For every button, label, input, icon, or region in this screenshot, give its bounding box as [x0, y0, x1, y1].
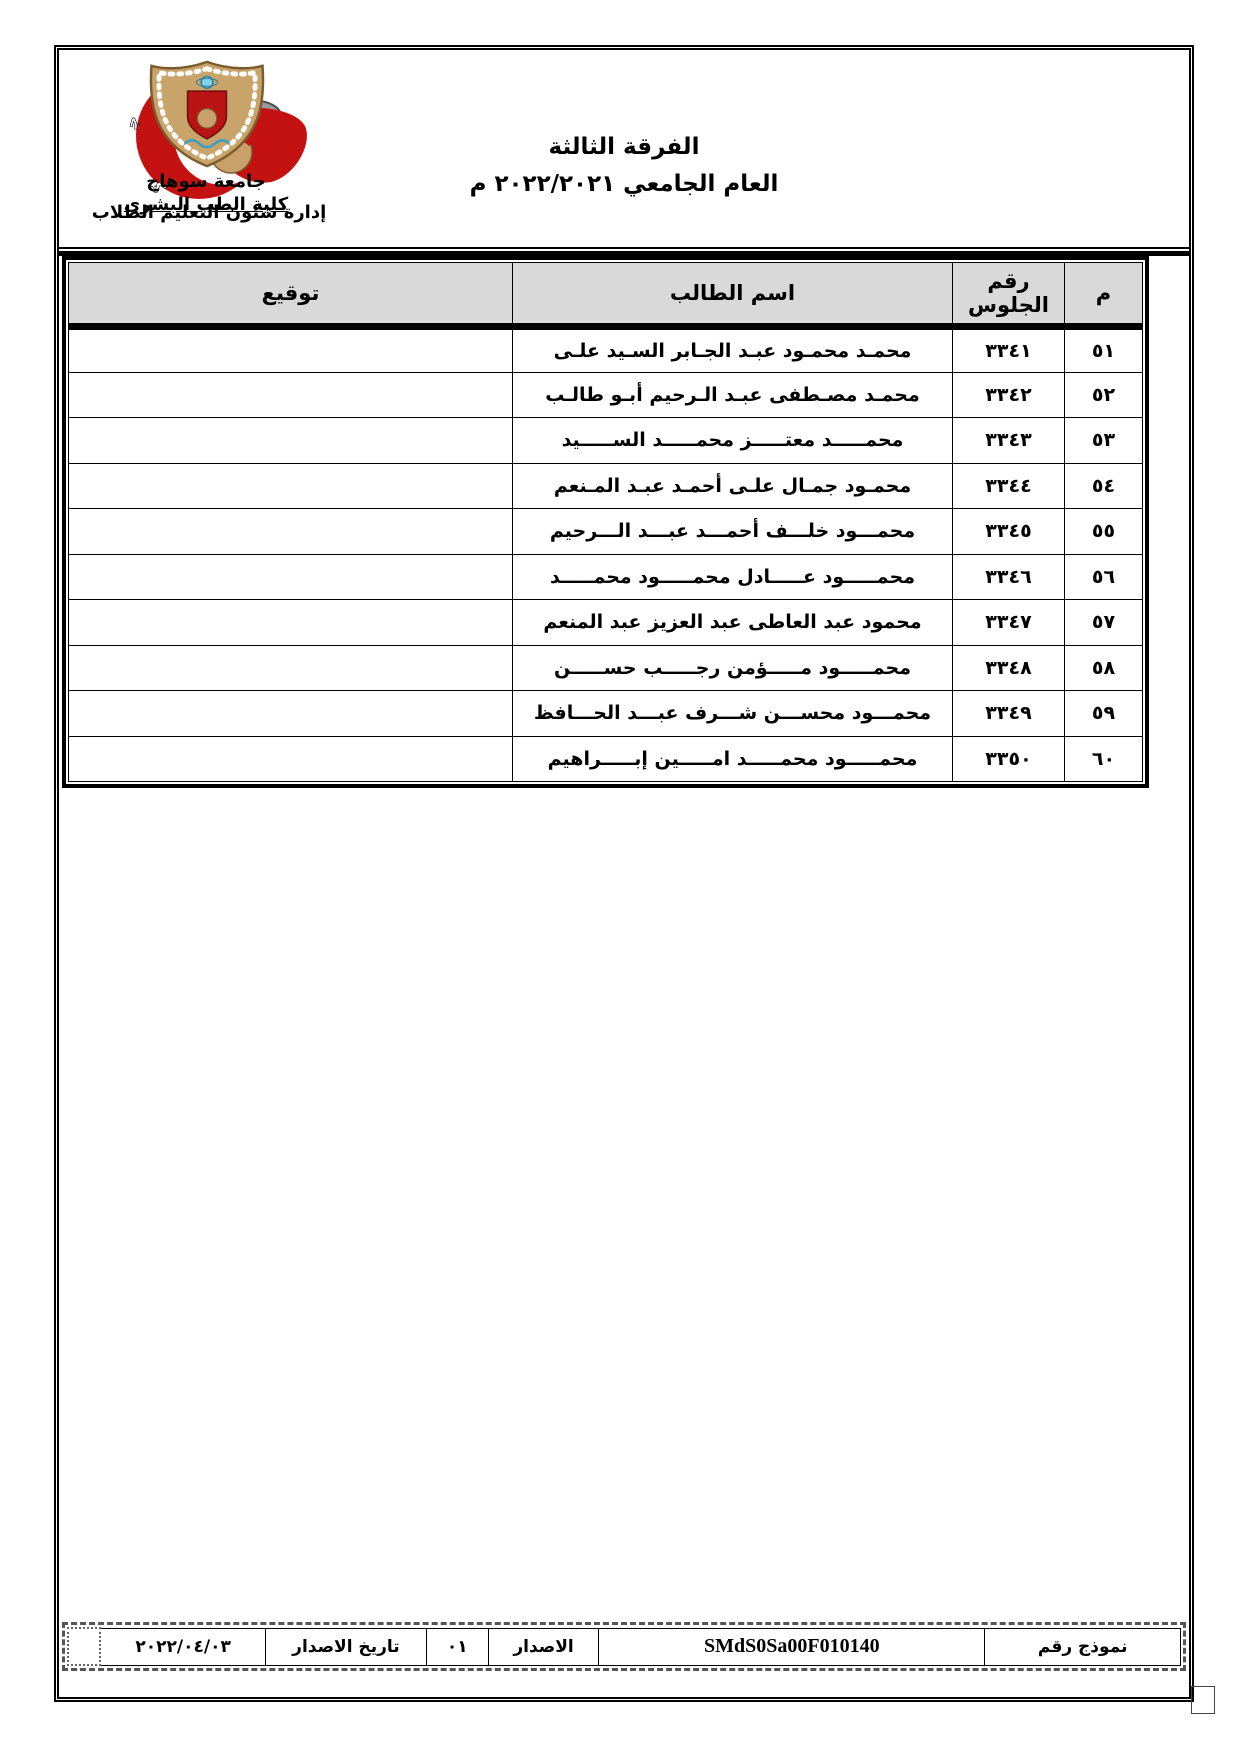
signature-cell: [69, 463, 513, 509]
signature-cell: [69, 691, 513, 737]
serial-cell: ٥٩: [1065, 691, 1143, 737]
student-name-cell: محمـــــود مـــــؤمن رجـــــب حســـــن: [513, 645, 953, 691]
student-name-cell: محمـد مصـطفى عبـد الـرحيم أبـو طالـب: [513, 372, 953, 418]
document-page: { "page": { "header": { "left_logo": { "…: [0, 0, 1241, 1754]
student-name-cell: محمـــــود محمـــــد امـــــين إبـــــرا…: [513, 736, 953, 782]
seat-cell: ٣٣٥٠: [953, 736, 1065, 782]
signature-cell: [69, 327, 513, 373]
serial-cell: ٥٥: [1065, 509, 1143, 555]
serial-cell: ٥٧: [1065, 600, 1143, 646]
seat-cell: ٣٣٤١: [953, 327, 1065, 373]
issue-label: الاصدار: [488, 1628, 598, 1665]
signature-cell: [69, 418, 513, 464]
signature-cell: [69, 600, 513, 646]
bottom-right-corner-box: [1191, 1686, 1215, 1714]
signature-column-header: توقيع: [69, 263, 513, 327]
seat-cell: ٣٣٤٨: [953, 645, 1065, 691]
signature-cell: [69, 645, 513, 691]
student-name-cell: محمـــود خلـــف أحمـــد عبـــد الـــرحيم: [513, 509, 953, 555]
serial-cell: ٥٤: [1065, 463, 1143, 509]
form-info-strip: نموذج رقم SMdS0Sa00F010140 الاصدار ٠١ تا…: [62, 1622, 1186, 1671]
sohag-university-shield-logo: [87, 58, 327, 170]
serial-column-header: م: [1065, 263, 1143, 327]
footer-empty-cell: [68, 1628, 100, 1665]
table-row: ٦٠ ٣٣٥٠ محمـــــود محمـــــد امـــــين إ…: [69, 736, 1143, 782]
student-name-cell: محمـد محمـود عبـد الجـابر السـيد علـى: [513, 327, 953, 373]
signature-cell: [69, 372, 513, 418]
signature-cell: [69, 554, 513, 600]
students-table-wrapper: م رقم الجلوس اسم الطالب توقيع ٥١ ٣٣٤١ مح…: [62, 256, 1149, 788]
students-table: م رقم الجلوس اسم الطالب توقيع ٥١ ٣٣٤١ مح…: [68, 262, 1143, 782]
signature-cell: [69, 509, 513, 555]
seat-cell: ٣٣٤٥: [953, 509, 1065, 555]
table-row: ٥٩ ٣٣٤٩ محمـــود محســـن شـــرف عبـــد ا…: [69, 691, 1143, 737]
seat-cell: ٣٣٤٢: [953, 372, 1065, 418]
issue-date-value: ٢٠٢٢/٠٤/٠٣: [100, 1628, 266, 1665]
form-number-label: نموذج رقم: [985, 1628, 1181, 1665]
issue-date-label: تاريخ الاصدار: [266, 1628, 427, 1665]
university-name-label: جامعة سوهاج: [81, 170, 331, 193]
serial-cell: ٥١: [1065, 327, 1143, 373]
seat-cell: ٣٣٤٩: [953, 691, 1065, 737]
student-name-column-header: اسم الطالب: [513, 263, 953, 327]
table-row: ٥٥ ٣٣٤٥ محمـــود خلـــف أحمـــد عبـــد ا…: [69, 509, 1143, 555]
student-name-cell: محمـــــد معتـــــز محمـــــد الســـــيد: [513, 418, 953, 464]
table-header-row: م رقم الجلوس اسم الطالب توقيع: [69, 263, 1143, 327]
serial-cell: ٥٣: [1065, 418, 1143, 464]
header-divider-rule: [59, 247, 1189, 256]
serial-cell: ٥٨: [1065, 645, 1143, 691]
table-row: ٥٣ ٣٣٤٣ محمـــــد معتـــــز محمـــــد ال…: [69, 418, 1143, 464]
university-name-block: جامعة سوهاج كلية الطب البشرى: [81, 170, 331, 217]
seat-cell: ٣٣٤٦: [953, 554, 1065, 600]
signature-cell: [69, 736, 513, 782]
form-code-value: SMdS0Sa00F010140: [599, 1628, 985, 1665]
seat-cell: ٣٣٤٧: [953, 600, 1065, 646]
student-name-cell: محمـــــود عـــــادل محمـــــود محمـــــ…: [513, 554, 953, 600]
serial-cell: ٥٦: [1065, 554, 1143, 600]
seat-number-column-header: رقم الجلوس: [953, 263, 1065, 327]
seat-cell: ٣٣٤٣: [953, 418, 1065, 464]
serial-cell: ٦٠: [1065, 736, 1143, 782]
student-name-cell: محمود عبد العاطى عبد العزيز عبد المنعم: [513, 600, 953, 646]
student-name-cell: محمـود جمـال علـى أحمـد عبـد المـنعم: [513, 463, 953, 509]
table-row: ٥١ ٣٣٤١ محمـد محمـود عبـد الجـابر السـيد…: [69, 327, 1143, 373]
table-row: ٥٨ ٣٣٤٨ محمـــــود مـــــؤمن رجـــــب حس…: [69, 645, 1143, 691]
table-row: ٥٢ ٣٣٤٢ محمـد مصـطفى عبـد الـرحيم أبـو ط…: [69, 372, 1143, 418]
shield-logo-icon: [142, 58, 272, 170]
faculty-name-label: كلية الطب البشرى: [81, 193, 331, 216]
seat-cell: ٣٣٤٤: [953, 463, 1065, 509]
page-border-frame: جامعة سوهاج كلية الطب إدارة شئون التعليم…: [54, 45, 1194, 1702]
student-name-cell: محمـــود محســـن شـــرف عبـــد الحـــافظ: [513, 691, 953, 737]
table-row: ٥٦ ٣٣٤٦ محمـــــود عـــــادل محمـــــود …: [69, 554, 1143, 600]
table-row: ٥٤ ٣٣٤٤ محمـود جمـال علـى أحمـد عبـد الم…: [69, 463, 1143, 509]
serial-cell: ٥٢: [1065, 372, 1143, 418]
issue-value: ٠١: [426, 1628, 488, 1665]
table-row: ٥٧ ٣٣٤٧ محمود عبد العاطى عبد العزيز عبد …: [69, 600, 1143, 646]
form-info-table: نموذج رقم SMdS0Sa00F010140 الاصدار ٠١ تا…: [67, 1627, 1181, 1666]
